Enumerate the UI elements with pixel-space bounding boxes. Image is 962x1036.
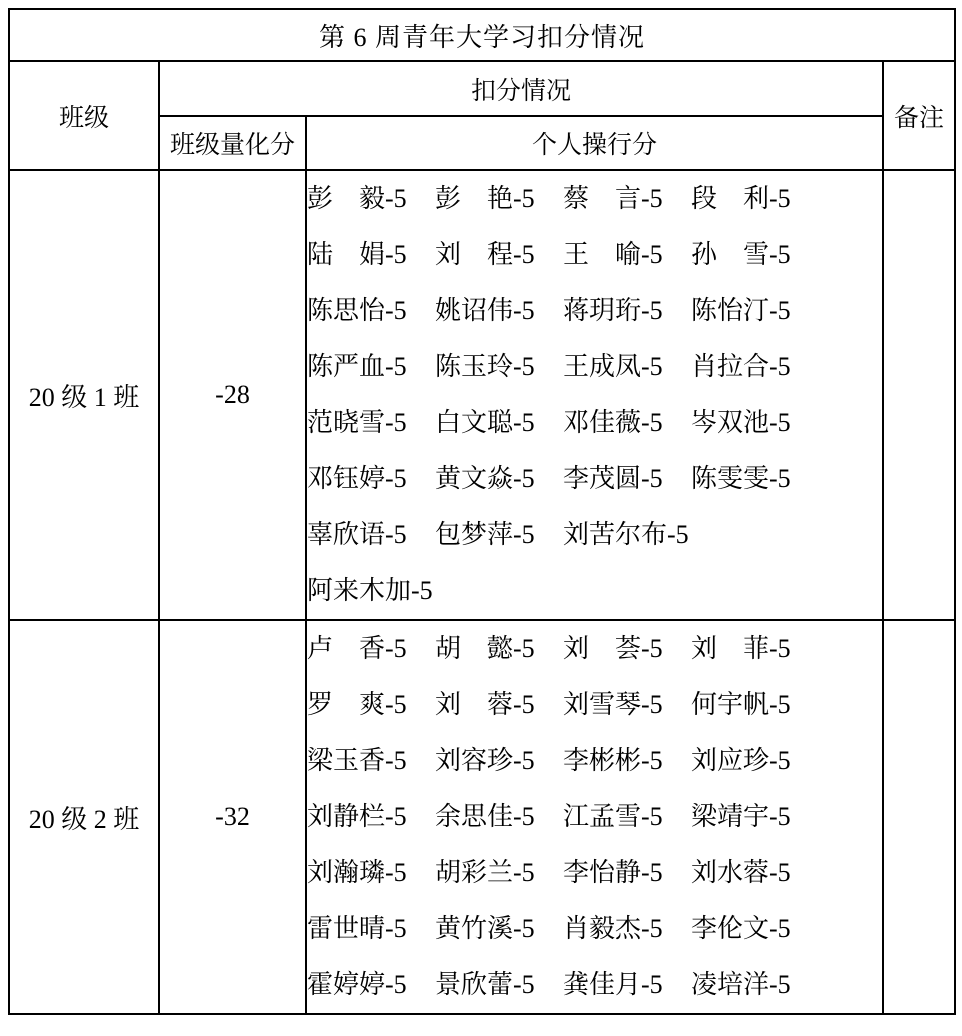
score-line: 阿来木加-5: [307, 563, 882, 619]
score-line: 梁玉香-5刘容珍-5李彬彬-5刘应珍-5: [307, 733, 882, 789]
personal-score-entry: 岑双池-5: [691, 395, 819, 451]
personal-score-entry: 辜欣语-5: [307, 507, 435, 563]
score-line: 陈思怡-5姚诏伟-5蒋玥珩-5陈怡汀-5: [307, 283, 882, 339]
header-class: 班级: [9, 61, 159, 170]
personal-score-entry: 何宇帆-5: [691, 677, 819, 733]
table-row: 20 级 2 班 -32 卢 香-5胡 懿-5刘 荟-5刘 菲-5罗 爽-5刘 …: [9, 620, 955, 1014]
personal-score-entry: 陈雯雯-5: [691, 451, 819, 507]
personal-score-entry: 雷世晴-5: [307, 901, 435, 957]
personal-score-entry: 肖拉合-5: [691, 339, 819, 395]
personal-score-entry: 邓佳薇-5: [563, 395, 691, 451]
personal-score-entry: 刘应珍-5: [691, 733, 819, 789]
class-name-cell: 20 级 2 班: [9, 620, 159, 1014]
score-line: 陆 娟-5刘 程-5王 喻-5孙 雪-5: [307, 227, 882, 283]
personal-score-entry: 刘 蓉-5: [435, 677, 563, 733]
header-personal-conduct-score: 个人操行分: [306, 116, 883, 170]
personal-score-entry: 邓钰婷-5: [307, 451, 435, 507]
class-quant-score-cell: -28: [159, 170, 306, 620]
personal-score-entry: 余思佳-5: [435, 789, 563, 845]
class-quant-score-cell: -32: [159, 620, 306, 1014]
personal-score-entry: 梁靖宇-5: [691, 789, 819, 845]
personal-score-entry: 蒋玥珩-5: [563, 283, 691, 339]
personal-score-entry: 刘容珍-5: [435, 733, 563, 789]
table-row: 20 级 1 班 -28 彭 毅-5彭 艳-5蔡 言-5段 利-5陆 娟-5刘 …: [9, 170, 955, 620]
personal-score-entry: 陈怡汀-5: [691, 283, 819, 339]
personal-score-entry: 李茂圆-5: [563, 451, 691, 507]
personal-score-entry: 肖毅杰-5: [563, 901, 691, 957]
score-line: 邓钰婷-5黄文焱-5李茂圆-5陈雯雯-5: [307, 451, 882, 507]
personal-score-entry: 白文聪-5: [435, 395, 563, 451]
score-line: 罗 爽-5刘 蓉-5刘雪琴-5何宇帆-5: [307, 677, 882, 733]
score-line: 范晓雪-5白文聪-5邓佳薇-5岑双池-5: [307, 395, 882, 451]
score-line: 霍婷婷-5景欣蕾-5龚佳月-5凌培洋-5: [307, 957, 882, 1013]
personal-score-entry: 刘 菲-5: [691, 621, 819, 677]
table-title: 第 6 周青年大学习扣分情况: [9, 9, 955, 61]
personal-score-entry: 李彬彬-5: [563, 733, 691, 789]
personal-score-entry: 段 利-5: [691, 171, 819, 227]
personal-score-entry: 陈思怡-5: [307, 283, 435, 339]
deduction-table: 第 6 周青年大学习扣分情况 班级 扣分情况 备注 班级量化分 个人操行分 20…: [8, 8, 956, 1015]
personal-score-entry: 景欣蕾-5: [435, 957, 563, 1013]
personal-score-entry: 黄文焱-5: [435, 451, 563, 507]
personal-score-entry: 黄竹溪-5: [435, 901, 563, 957]
personal-score-entry: 蔡 言-5: [563, 171, 691, 227]
personal-score-entry: 陆 娟-5: [307, 227, 435, 283]
score-line: 卢 香-5胡 懿-5刘 荟-5刘 菲-5: [307, 621, 882, 677]
personal-score-entry: 刘 荟-5: [563, 621, 691, 677]
personal-score-entry: 罗 爽-5: [307, 677, 435, 733]
personal-score-entry: 霍婷婷-5: [307, 957, 435, 1013]
personal-score-entry: 陈玉玲-5: [435, 339, 563, 395]
score-line: 刘静栏-5余思佳-5江孟雪-5梁靖宇-5: [307, 789, 882, 845]
personal-score-entry: 胡彩兰-5: [435, 845, 563, 901]
header-remarks: 备注: [883, 61, 955, 170]
personal-score-entry: 孙 雪-5: [691, 227, 819, 283]
personal-score-entry: 龚佳月-5: [563, 957, 691, 1013]
personal-score-entry: 凌培洋-5: [691, 957, 819, 1013]
personal-score-entry: 江孟雪-5: [563, 789, 691, 845]
header-row-1: 班级 扣分情况 备注: [9, 61, 955, 116]
header-deduction: 扣分情况: [159, 61, 883, 116]
personal-score-entry: 李怡静-5: [563, 845, 691, 901]
personal-score-entry: 李伦文-5: [691, 901, 819, 957]
personal-score-entry: 卢 香-5: [307, 621, 435, 677]
score-line: 刘瀚璘-5胡彩兰-5李怡静-5刘水蓉-5: [307, 845, 882, 901]
score-line: 辜欣语-5包梦萍-5刘苦尔布-5: [307, 507, 882, 563]
personal-score-entry: 刘静栏-5: [307, 789, 435, 845]
personal-score-entry: 刘瀚璘-5: [307, 845, 435, 901]
personal-score-entry: 刘 程-5: [435, 227, 563, 283]
personal-score-entry: 梁玉香-5: [307, 733, 435, 789]
score-line: 雷世晴-5黄竹溪-5肖毅杰-5李伦文-5: [307, 901, 882, 957]
personal-scores-cell: 卢 香-5胡 懿-5刘 荟-5刘 菲-5罗 爽-5刘 蓉-5刘雪琴-5何宇帆-5…: [306, 620, 883, 1014]
personal-score-entry: 王 喻-5: [563, 227, 691, 283]
personal-score-entry: 阿来木加-5: [307, 563, 435, 619]
personal-score-entry: 刘水蓉-5: [691, 845, 819, 901]
remarks-cell: [883, 620, 955, 1014]
personal-score-entry: 王成凤-5: [563, 339, 691, 395]
personal-score-entry: 陈严血-5: [307, 339, 435, 395]
personal-score-entry: 刘苦尔布-5: [563, 507, 691, 563]
header-class-quant-score: 班级量化分: [159, 116, 306, 170]
personal-score-entry: 范晓雪-5: [307, 395, 435, 451]
personal-score-entry: 胡 懿-5: [435, 621, 563, 677]
personal-score-entry: 包梦萍-5: [435, 507, 563, 563]
class-name-cell: 20 级 1 班: [9, 170, 159, 620]
personal-scores-cell: 彭 毅-5彭 艳-5蔡 言-5段 利-5陆 娟-5刘 程-5王 喻-5孙 雪-5…: [306, 170, 883, 620]
personal-score-entry: 彭 艳-5: [435, 171, 563, 227]
remarks-cell: [883, 170, 955, 620]
document-page: 第 6 周青年大学习扣分情况 班级 扣分情况 备注 班级量化分 个人操行分 20…: [0, 0, 962, 1036]
personal-score-entry: 刘雪琴-5: [563, 677, 691, 733]
personal-score-entry: 彭 毅-5: [307, 171, 435, 227]
score-line: 彭 毅-5彭 艳-5蔡 言-5段 利-5: [307, 171, 882, 227]
score-line: 陈严血-5陈玉玲-5王成凤-5肖拉合-5: [307, 339, 882, 395]
title-row: 第 6 周青年大学习扣分情况: [9, 9, 955, 61]
personal-score-entry: 姚诏伟-5: [435, 283, 563, 339]
